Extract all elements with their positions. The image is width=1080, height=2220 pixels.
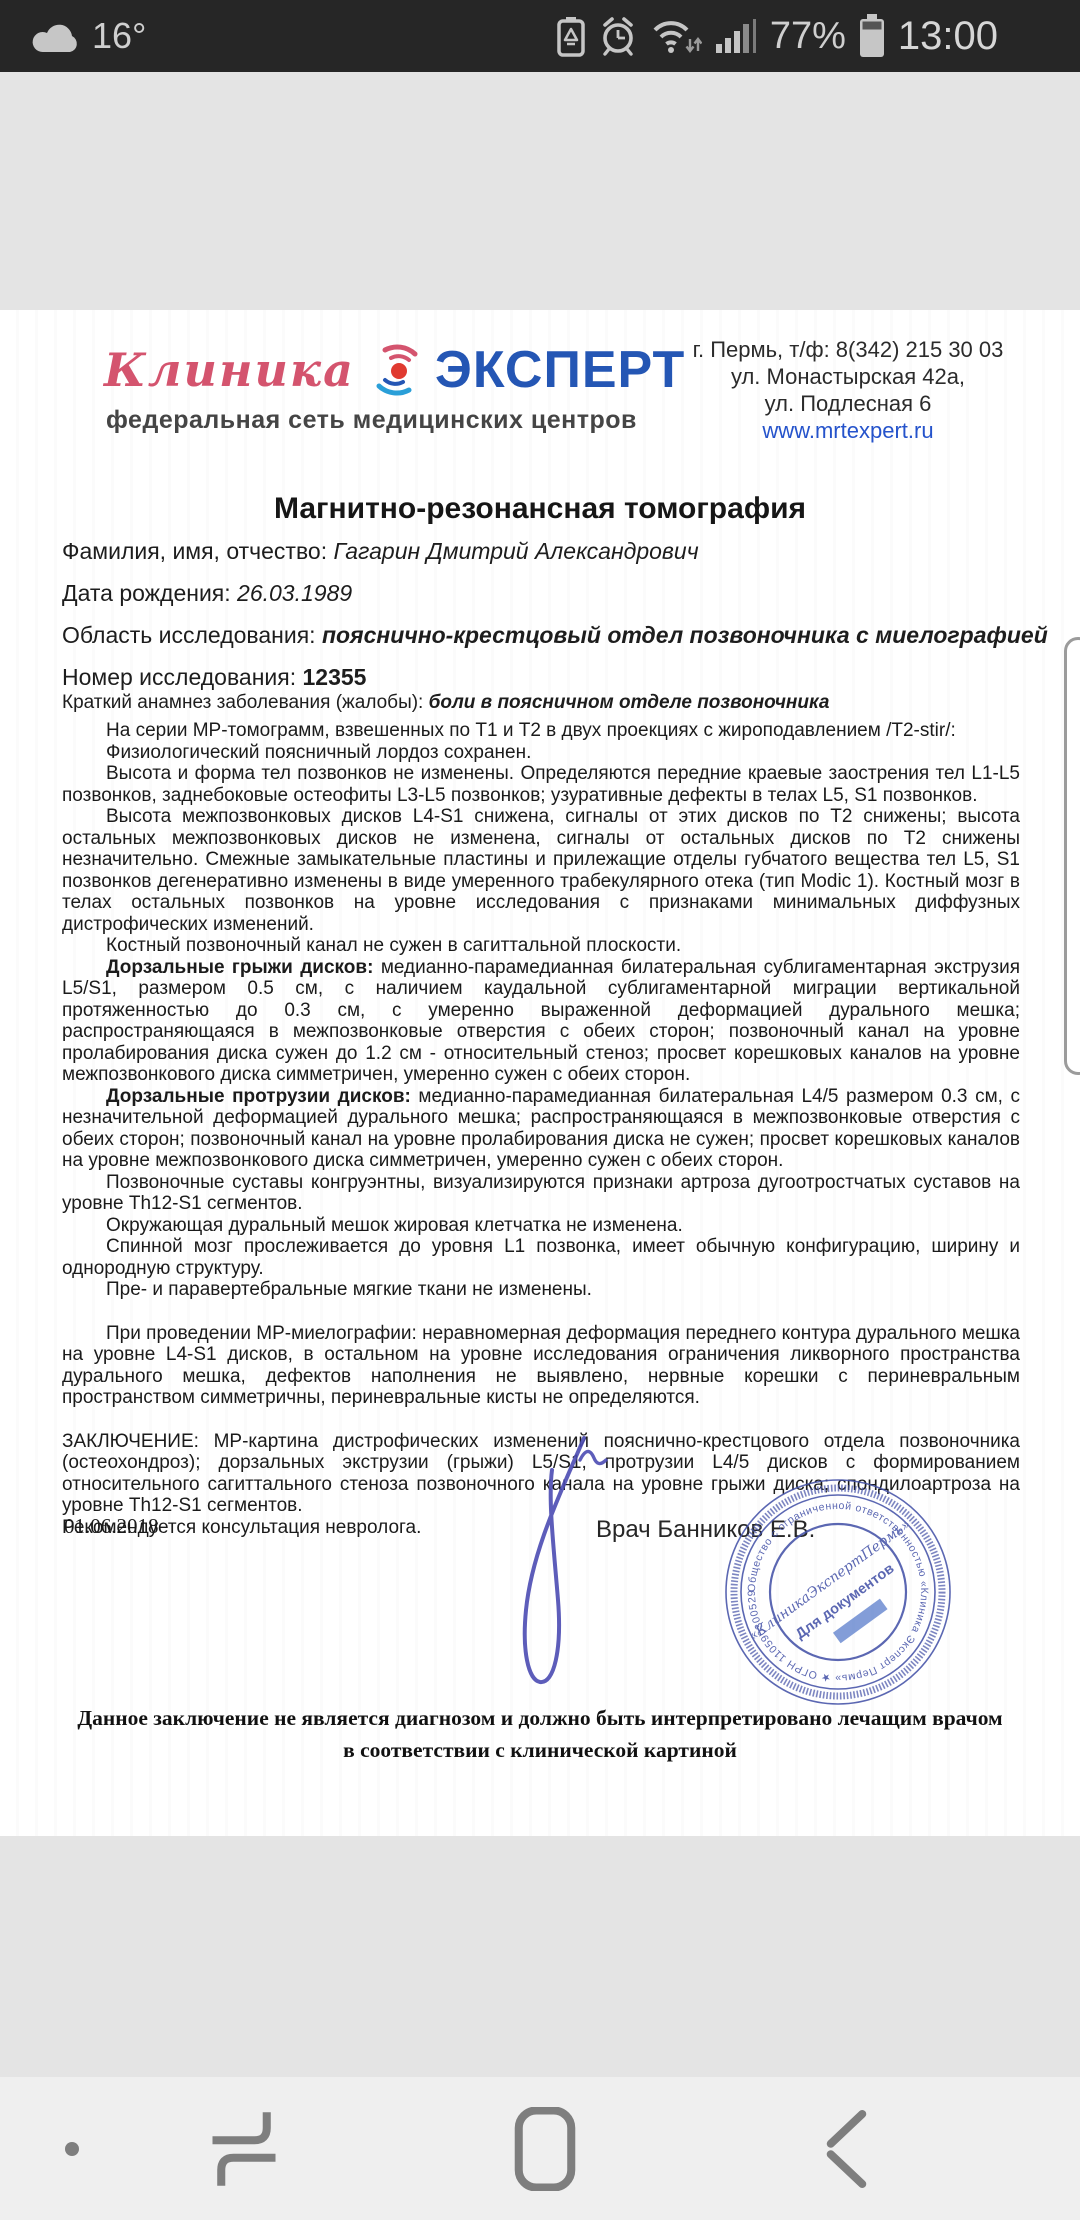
clinic-logo-icon: [365, 338, 429, 402]
report-paragraph: Позвоночные суставы конгруэнтны, визуали…: [62, 1172, 1020, 1215]
status-bar-right: 77% 13:00: [556, 0, 998, 72]
nav-hide-button[interactable]: [50, 2077, 94, 2220]
report-paragraph-protrusion: Дорзальные протрузии дисков: медианно-па…: [62, 1086, 1020, 1172]
nav-back-button[interactable]: [798, 2077, 902, 2220]
nav-home-button[interactable]: [493, 2077, 597, 2220]
viewer-background-top: [0, 72, 1080, 310]
disclaimer-line-1: Данное заключение не является диагнозом …: [0, 1702, 1080, 1734]
clinic-tagline: федеральная сеть медицинских центров: [106, 406, 637, 435]
contact-line: г. Пермь, т/ф: 8(342) 215 30 03: [668, 336, 1028, 363]
contact-line: ул. Монастырская 42а,: [668, 363, 1028, 390]
hide-dot-icon: [64, 2141, 80, 2157]
clinic-stamp: Общество с ограниченной ответственностью…: [722, 1476, 954, 1708]
report-body: На серии МР-томограмм, взвешенных по Т1 …: [62, 720, 1020, 1538]
field-value: Гагарин Дмитрий Александрович: [334, 538, 699, 564]
status-time: 13:00: [898, 14, 998, 59]
weather-cloud-icon: [30, 17, 82, 55]
anamnesis-label: Краткий анамнез заболевания (жалобы):: [62, 692, 423, 713]
field-full-name: Фамилия, имя, отчество: Гагарин Дмитрий …: [62, 538, 1020, 565]
back-icon: [808, 2107, 892, 2191]
clinic-logo: Клиника ЭКСПЕРТ: [104, 338, 685, 402]
clinic-name-caps: ЭКСПЕРТ: [435, 340, 685, 400]
alarm-icon: [598, 15, 638, 57]
battery-icon: [858, 14, 886, 58]
contact-line: ул. Подлесная 6: [668, 390, 1028, 417]
recents-icon: [202, 2107, 286, 2191]
status-bar: 16°: [0, 0, 1080, 72]
report-paragraph-myelography: При проведении МР-миелографии: неравноме…: [62, 1323, 1020, 1409]
anamnesis-value: боли в поясничном отделе позвоночника: [429, 692, 830, 713]
phone-screen: 16°: [0, 0, 1080, 2220]
disclaimer-line-2: в соответствии с клинической картиной: [0, 1734, 1080, 1766]
field-label: Фамилия, имя, отчество:: [62, 538, 327, 564]
nav-recents-button[interactable]: [192, 2077, 296, 2220]
viewer-background-bottom: [0, 1836, 1080, 2077]
report-paragraph: Окружающая дуральный мешок жировая клетч…: [62, 1215, 1020, 1237]
exam-date: 01.06.2018: [64, 1514, 159, 1539]
field-birth-date: Дата рождения: 26.03.1989: [62, 580, 1020, 607]
report-paragraph: Костный позвоночный канал не сужен в саг…: [62, 935, 1020, 957]
field-value: 12355: [303, 664, 367, 690]
scanned-document-page: Клиника ЭКСПЕРТ федеральная сеть медицин…: [0, 310, 1080, 1836]
report-title: Магнитно-резонансная томография: [0, 492, 1080, 526]
report-paragraph: Высота межпозвонковых дисков L4-S1 сниже…: [62, 806, 1020, 935]
field-value: 26.03.1989: [237, 580, 352, 606]
clinic-website-link: www.mrtexpert.ru: [668, 417, 1028, 444]
report-paragraph: Пре- и паравертебральные мягкие ткани не…: [62, 1279, 1020, 1301]
battery-saver-icon: [556, 15, 586, 57]
status-battery-percent: 77%: [770, 0, 846, 72]
report-paragraph-hernia: Дорзальные грыжи дисков: медианно-параме…: [62, 957, 1020, 1086]
home-icon: [503, 2107, 587, 2191]
status-temperature: 16°: [92, 15, 146, 57]
report-paragraph: Физиологический поясничный лордоз сохран…: [62, 742, 1020, 764]
cellular-signal-icon: [714, 17, 758, 55]
status-bar-left: 16°: [30, 0, 146, 72]
report-paragraph: Спинной мозг прослеживается до уровня L1…: [62, 1236, 1020, 1279]
field-study-area: Область исследования: пояснично-крестцов…: [62, 622, 1020, 649]
report-paragraph: Высота и форма тел позвонков не изменены…: [62, 763, 1020, 806]
wifi-icon: [650, 15, 702, 57]
patient-fields: Фамилия, имя, отчество: Гагарин Дмитрий …: [62, 538, 1020, 706]
field-study-number: Номер исследования: 12355: [62, 664, 1020, 691]
report-paragraph: На серии МР-томограмм, взвешенных по Т1 …: [62, 720, 1020, 742]
field-label: Область исследования:: [62, 622, 316, 648]
field-value: пояснично-крестцовый отдел позвоночника …: [322, 622, 1048, 648]
scrollbar-handle[interactable]: [1064, 637, 1080, 1075]
report-disclaimer: Данное заключение не является диагнозом …: [0, 1702, 1080, 1766]
clinic-name-script: Клиника: [104, 343, 355, 397]
navigation-bar: [0, 2077, 1080, 2220]
doctor-signature: [492, 1430, 622, 1730]
field-label: Дата рождения:: [62, 580, 231, 606]
clinic-contact-block: г. Пермь, т/ф: 8(342) 215 30 03 ул. Мона…: [668, 336, 1028, 444]
anamnesis-line: Краткий анамнез заболевания (жалобы): бо…: [62, 692, 1020, 714]
field-label: Номер исследования:: [62, 664, 296, 690]
